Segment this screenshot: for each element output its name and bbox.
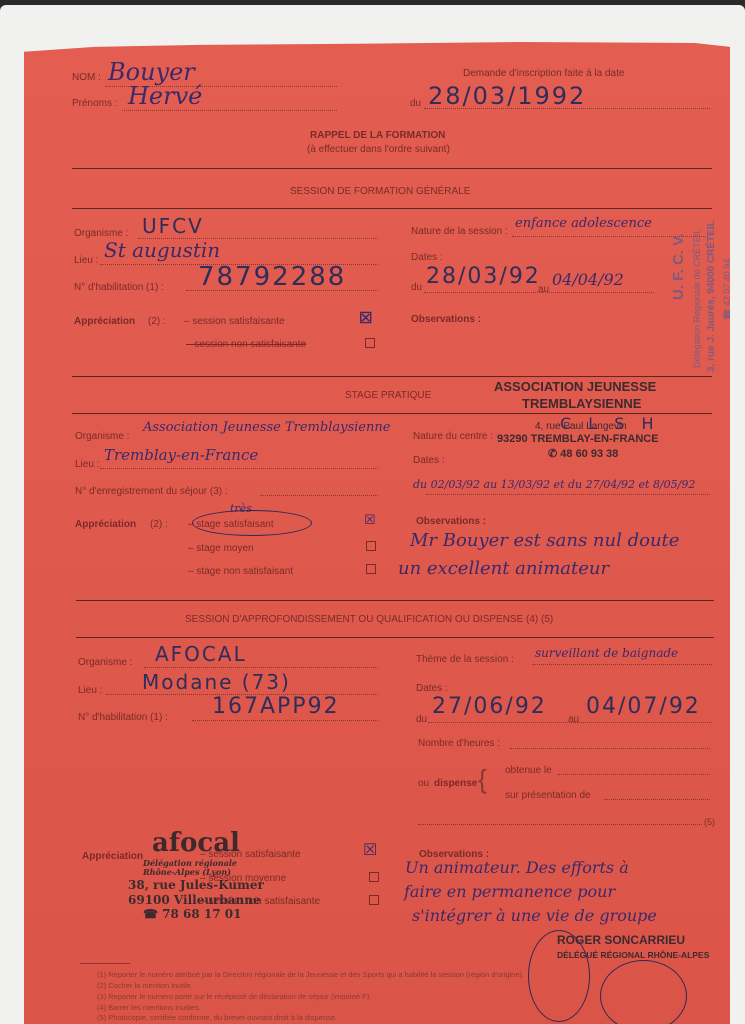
enregistrement-line — [260, 495, 378, 496]
obtenue-label: obtenue le — [505, 765, 552, 776]
date-from: 27/06/92 — [432, 694, 547, 719]
checkbox-checked-satisfaisante[interactable]: ☒ — [363, 840, 377, 859]
dates-line — [426, 494, 710, 495]
signature — [600, 960, 687, 1024]
date-to: 04/04/92 — [552, 270, 624, 289]
ufcv-stamp-line2: 3, rue J. Jaurès, 94000 CRÉTEIL — [706, 220, 717, 372]
note5: (5) — [704, 817, 715, 827]
association-stamp-phone: ✆ 48 60 93 38 — [548, 447, 618, 460]
habilitation-label: N° d'habilitation (1) : — [74, 282, 164, 293]
association-stamp-line4: 93290 TREMBLAY-EN-FRANCE — [497, 433, 659, 445]
dates-line — [428, 722, 712, 723]
organisme-line — [144, 667, 378, 668]
afocal-stamp-line4: 69100 Villeurbanne — [128, 893, 261, 907]
form-subtitle: (à effectuer dans l'ordre suivant) — [307, 144, 450, 155]
habilitation-line — [186, 290, 378, 291]
theme-line — [532, 664, 712, 665]
dates-value: du 02/03/92 au 13/03/92 et du 27/04/92 e… — [413, 478, 695, 491]
observations-label: Observations : — [411, 314, 481, 325]
demande-du-label: du — [410, 98, 421, 109]
appreciation-note: (2) : — [148, 316, 166, 327]
checkbox-checked-satisfaisante[interactable]: ☒ — [359, 309, 372, 327]
dates-label: Dates : — [411, 252, 443, 263]
lieu-value: Tremblay-en-France — [104, 446, 258, 464]
demande-label: Demande d'inscription faite à la date — [463, 68, 624, 79]
prenoms-label: Prénoms : — [72, 98, 118, 109]
afocal-stamp-line2: Rhône-Alpes (Lyon) — [143, 867, 231, 877]
heures-line — [510, 748, 710, 749]
theme-value: surveillant de baignade — [535, 646, 678, 660]
ufcv-stamp-phone: ☎ 42 07 40 94 — [722, 259, 733, 320]
dates-label: Dates : — [416, 683, 448, 694]
footnote-5: (5) Photocopie, certifiée conforme, du b… — [97, 1013, 337, 1022]
option-session-non-satisfaisante: – session non satisfaisante — [186, 339, 306, 350]
prenoms-line — [122, 110, 337, 111]
theme-label: Thème de la session : — [416, 654, 514, 665]
footnote-4: (4) Barrer les mentions inutiles. — [97, 1003, 201, 1012]
checkbox-stage-non-satisfaisant[interactable] — [366, 564, 376, 574]
option-stage-non-satisfaisant: – stage non satisfaisant — [188, 566, 293, 577]
organisme-value: UFCV — [142, 214, 204, 238]
habilitation-line — [192, 720, 378, 721]
association-stamp-line2: TREMBLAYSIENNE — [522, 396, 641, 411]
nature-label: Nature de la session : — [411, 226, 508, 237]
heures-label: Nombre d'heures : — [418, 738, 500, 749]
du-label: du — [416, 714, 427, 725]
afocal-stamp-line3: 38, rue Jules-Kumer — [128, 878, 264, 892]
dispense-prefix: ou — [418, 778, 429, 789]
appreciation-note: (2) : — [150, 519, 168, 530]
date-to: 04/07/92 — [586, 694, 701, 719]
checkbox-checked-satisfaisant[interactable]: ☒ — [364, 513, 376, 528]
footnote-3: (3) Reporter le numéro porté sur le récé… — [97, 992, 371, 1001]
date-from: 28/03/92 — [426, 264, 541, 289]
observations-label: Observations : — [416, 516, 486, 527]
presentation-line — [604, 799, 710, 800]
du-label: du — [411, 282, 422, 293]
form-title: RAPPEL DE LA FORMATION — [310, 130, 445, 141]
divider — [76, 600, 714, 601]
divider — [76, 637, 714, 638]
lieu-label: Lieu : — [78, 685, 102, 696]
appreciation-label: Appréciation — [75, 519, 136, 530]
extra-line — [418, 824, 702, 825]
ufcv-stamp-line1: Délégation Régionale de CRÉTEIL — [692, 229, 702, 368]
checkbox-stage-moyen[interactable] — [366, 541, 376, 551]
nature-centre-label: Nature du centre : — [413, 431, 493, 442]
observations-line2: un excellent animateur — [398, 558, 609, 579]
lieu-label: Lieu : — [74, 255, 98, 266]
afocal-stamp-phone: ☎ 78 68 17 01 — [143, 907, 241, 921]
appreciation-label: Appréciation — [74, 316, 135, 327]
enregistrement-label: N° d'enregistrement du séjour (3) : — [75, 486, 228, 497]
section-heading-stage: STAGE PRATIQUE — [345, 390, 431, 401]
checkbox-session-moyenne[interactable] — [369, 872, 379, 882]
dates-line — [424, 292, 654, 293]
habilitation-value: 78792288 — [198, 262, 346, 292]
presentation-label: sur présentation de — [505, 790, 591, 801]
divider — [72, 376, 712, 377]
dates-label: Dates : — [413, 455, 445, 466]
prenoms-value: Hervé — [128, 82, 202, 110]
demande-line — [424, 108, 710, 109]
brace: { — [478, 764, 487, 795]
footnote-divider — [80, 963, 130, 964]
obtenue-line — [558, 774, 710, 775]
organisme-label: Organisme : — [78, 657, 132, 668]
au-label: au — [538, 284, 549, 295]
option-stage-satisfaisant: – stage satisfaisant — [188, 519, 274, 530]
lieu-line — [100, 468, 378, 469]
footnote-2: (2) Cocher la mention inutile. — [97, 981, 193, 990]
au-label: au — [568, 714, 579, 725]
observations-line1: Mr Bouyer est sans nul doute — [410, 530, 679, 551]
lieu-value: Modane (73) — [142, 670, 291, 694]
appreciation-label: Appréciation — [82, 851, 143, 862]
dispense-label: dispense — [434, 778, 477, 789]
checkbox-non-satisfaisante[interactable] — [365, 338, 375, 348]
lieu-label: Lieu : — [75, 459, 99, 470]
divider — [72, 168, 712, 169]
nature-value: enfance adolescence — [515, 216, 652, 231]
organisme-label: Organisme : — [75, 431, 129, 442]
ufcv-stamp-title: U. F. C. V. — [670, 233, 687, 300]
option-stage-moyen: – stage moyen — [188, 543, 254, 554]
organisme-value: Association Jeunesse Tremblaysienne — [143, 420, 390, 435]
afocal-stamp-title: afocal — [152, 828, 240, 858]
observations-line2: faire en permanence pour — [404, 882, 615, 901]
footnote-1: (1) Reporter le numéro attribué par la D… — [97, 970, 524, 979]
demande-date: 28/03/1992 — [428, 82, 586, 110]
nature-centre-value: C L S H — [560, 414, 660, 433]
option-session-satisfaisante: – session satisfaisante — [184, 316, 285, 327]
association-stamp-line1: ASSOCIATION JEUNESSE — [494, 379, 656, 394]
organisme-value: AFOCAL — [155, 642, 247, 666]
lieu-value: St augustin — [104, 238, 220, 262]
observations-line3: s'intégrer à une vie de groupe — [412, 906, 657, 925]
habilitation-label: N° d'habilitation (1) : — [78, 712, 168, 723]
divider — [72, 208, 712, 209]
nom-label: NOM : — [72, 72, 101, 83]
section-heading-generale: SESSION DE FORMATION GÉNÉRALE — [290, 186, 470, 197]
observations-line1: Un animateur. Des efforts à — [405, 858, 629, 877]
habilitation-value: 167APP92 — [212, 694, 340, 719]
signature — [528, 930, 590, 1022]
section-heading-approfondissement: SESSION D'APPROFONDISSEMENT OU QUALIFICA… — [185, 614, 553, 625]
checkbox-session-non-satisfaisante[interactable] — [369, 895, 379, 905]
